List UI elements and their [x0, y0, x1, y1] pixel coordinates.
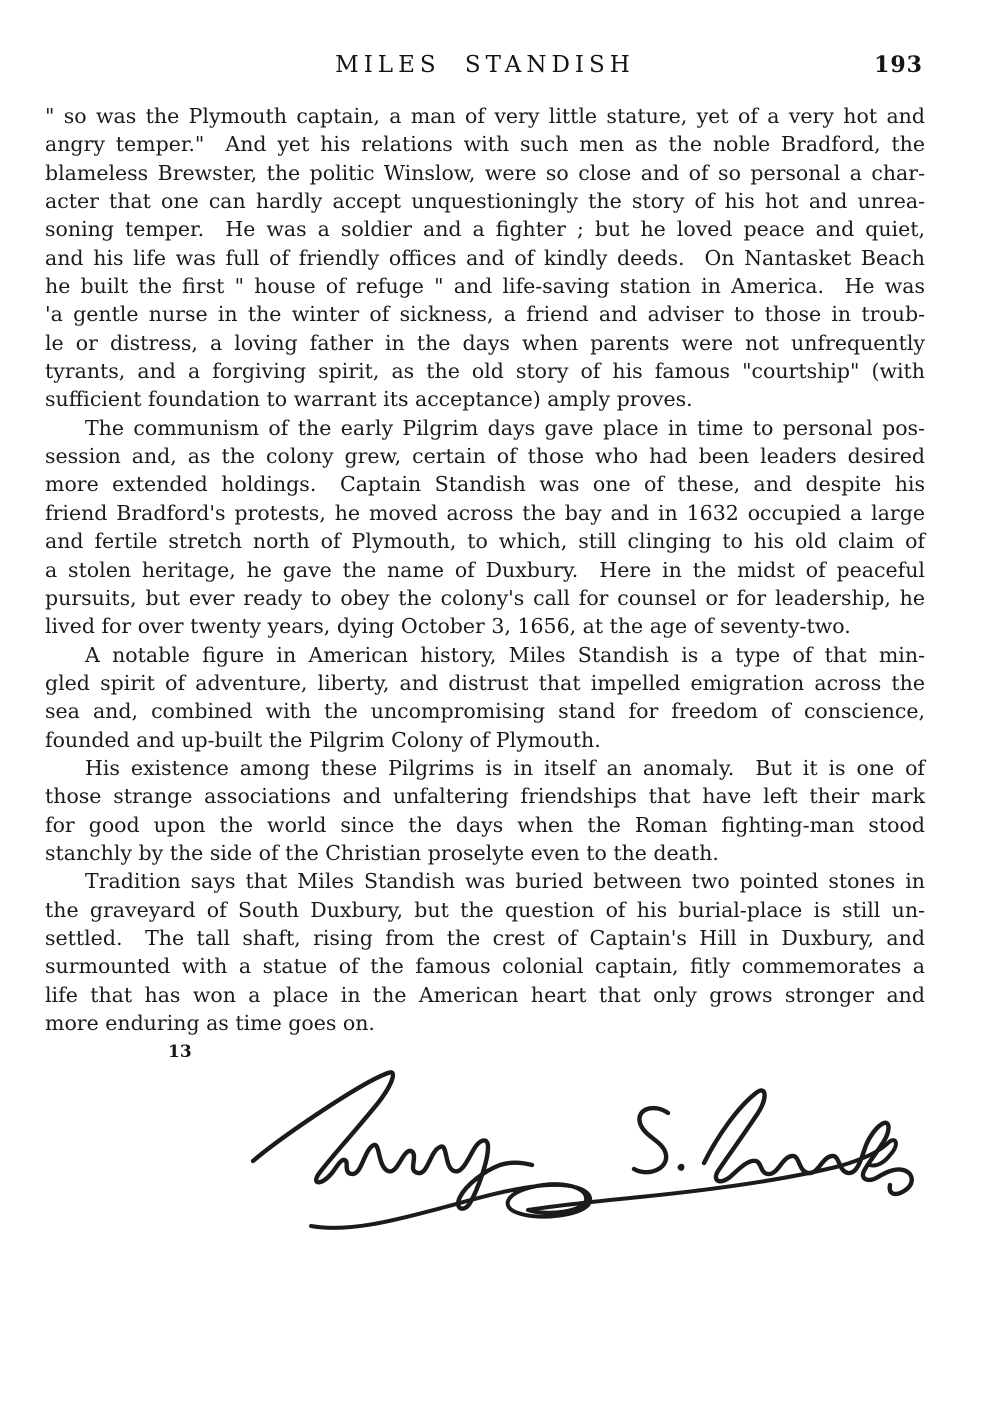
text-line: sufficient foundation to warrant its acc…: [45, 385, 925, 413]
text-line: friend Bradford's protests, he moved acr…: [45, 499, 925, 527]
text-line: and his life was full of friendly office…: [45, 244, 925, 272]
running-header: MILES STANDISH 193: [45, 52, 925, 84]
text-line: His existence among these Pilgrims is in…: [45, 754, 925, 782]
paragraph: His existence among these Pilgrims is in…: [45, 754, 925, 867]
text-line: settled. The tall shaft, rising from the…: [45, 924, 925, 952]
paragraph: " so was the Plymouth captain, a man of …: [45, 102, 925, 414]
text-line: A notable figure in American history, Mi…: [45, 641, 925, 669]
text-line: more enduring as time goes on.: [45, 1009, 925, 1037]
text-line: tyrants, and a forgiving spirit, as the …: [45, 357, 925, 385]
text-line: surmounted with a statue of the famous c…: [45, 952, 925, 980]
text-line: more extended holdings. Captain Standish…: [45, 470, 925, 498]
signature-mark: 13: [168, 1042, 192, 1062]
signature-last-name-stroke: [704, 1090, 912, 1193]
paragraph: Tradition says that Miles Standish was b…: [45, 867, 925, 1037]
text-line: stanchly by the side of the Christian pr…: [45, 839, 925, 867]
signature-initial-stroke: [634, 1108, 668, 1172]
text-line: life that has won a place in the America…: [45, 981, 925, 1009]
paragraph: The communism of the early Pilgrim days …: [45, 414, 925, 641]
text-line: founded and up-built the Pilgrim Colony …: [45, 726, 925, 754]
page-number: 193: [874, 52, 923, 78]
text-line: session and, as the colony grew, certain…: [45, 442, 925, 470]
text-line: angry temper." And yet his relations wit…: [45, 130, 925, 158]
text-line: soning temper. He was a soldier and a fi…: [45, 215, 925, 243]
text-line: pursuits, but ever ready to obey the col…: [45, 584, 925, 612]
text-line: Tradition says that Miles Standish was b…: [45, 867, 925, 895]
text-line: 'a gentle nurse in the winter of sicknes…: [45, 300, 925, 328]
signature-underline-flourish: [311, 1140, 896, 1228]
text-line: gled spirit of adventure, liberty, and d…: [45, 669, 925, 697]
text-line: those strange associations and unfalteri…: [45, 782, 925, 810]
signature-drawing: [240, 1063, 930, 1245]
signature-first-name-stroke: [253, 1072, 532, 1208]
text-line: sea and, combined with the uncompromisin…: [45, 697, 925, 725]
text-line: le or distress, a loving father in the d…: [45, 329, 925, 357]
text-line: acter that one can hardly accept unquest…: [45, 187, 925, 215]
signature-initial-dot: [680, 1166, 683, 1169]
text-line: for good upon the world since the days w…: [45, 811, 925, 839]
page-title: MILES STANDISH: [45, 52, 925, 78]
text-line: and fertile stretch north of Plymouth, t…: [45, 527, 925, 555]
text-line: " so was the Plymouth captain, a man of …: [45, 102, 925, 130]
book-page: MILES STANDISH 193 " so was the Plymouth…: [0, 0, 1000, 1420]
text-line: a stolen heritage, he gave the name of D…: [45, 556, 925, 584]
text-line: lived for over twenty years, dying Octob…: [45, 612, 925, 640]
paragraph: A notable figure in American history, Mi…: [45, 641, 925, 754]
text-line: blameless Brewster, the politic Winslow,…: [45, 159, 925, 187]
body-text: " so was the Plymouth captain, a man of …: [45, 102, 925, 1037]
author-signature: [240, 1063, 930, 1245]
text-line: the graveyard of South Duxbury, but the …: [45, 896, 925, 924]
text-line: he built the first " house of refuge " a…: [45, 272, 925, 300]
text-line: The communism of the early Pilgrim days …: [45, 414, 925, 442]
